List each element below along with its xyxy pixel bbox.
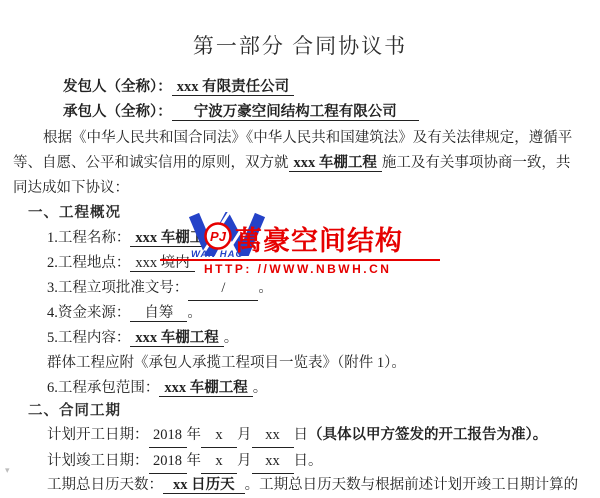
- planned-finish-date-line: 计划竣工日期：2018年x月xx日。: [47, 450, 323, 473]
- start-year-unit: 年: [187, 427, 202, 443]
- preamble-line-2-tail: 施工及有关事项协商一致，共: [382, 155, 571, 171]
- item-3-label: 3.工程立项批准文号：: [47, 280, 188, 296]
- start-date-label: 计划开工日期：: [47, 427, 149, 443]
- item-4-label: 4.资金来源：: [47, 305, 130, 321]
- finish-day-value: xx: [252, 450, 294, 474]
- finish-year-unit: 年: [187, 453, 202, 469]
- finish-day-unit: 日。: [294, 453, 323, 469]
- item-6-value: xxx 车棚工程: [159, 380, 252, 397]
- item-5-suffix: 。: [224, 330, 239, 346]
- item-5-value: xxx 车棚工程: [130, 330, 223, 347]
- section-1-note: 群体工程应附《承包人承揽工程项目一览表》（附件 1）。: [47, 352, 406, 375]
- section-1-heading: 一、工程概况: [28, 202, 121, 225]
- preamble-line-1: 根据《中华人民共和国合同法》《中华人民共和国建筑法》及有关法律规定，遵循平: [43, 127, 572, 150]
- item-2-value: xxx 境内: [130, 255, 194, 272]
- document-title: 第一部分 合同协议书: [0, 30, 600, 60]
- margin-marker: ▾: [5, 465, 10, 476]
- finish-month-value: x: [201, 450, 237, 474]
- contract-document-page: 第一部分 合同协议书 发包人（全称）：xxx 有限责任公司 承包人（全称）：宁波…: [0, 0, 600, 498]
- item-4-value: 自筹: [130, 305, 187, 322]
- logo-website-url: HTTP: //WWW.NBWH.CN: [204, 262, 391, 276]
- planned-start-date-line: 计划开工日期：2018年x月xx日（具体以甲方签发的开工报告为准）。: [47, 424, 547, 447]
- item-approval-number: 3.工程立项批准文号：/。: [47, 277, 273, 300]
- section-2-heading: 二、合同工期: [28, 400, 121, 423]
- project-name-inline-value: xxx 车棚工程: [289, 155, 382, 172]
- party-a-value: xxx 有限责任公司: [172, 79, 294, 96]
- preamble-line-2-text: 等、自愿、公平和诚实信用的原则，双方就: [13, 155, 289, 171]
- duration-line: 工期总日历天数：xx 日历天。工期总日历天数与根据前述计划开竣工日期计算的: [47, 474, 578, 497]
- logo-divider-line: [160, 259, 440, 261]
- finish-month-unit: 月: [237, 453, 252, 469]
- item-4-suffix: 。: [187, 305, 202, 321]
- item-1-label: 1.工程名称：: [47, 230, 130, 246]
- duration-value: xx 日历天: [163, 477, 245, 494]
- finish-year-value: 2018: [149, 450, 187, 474]
- start-date-note: （具体以甲方签发的开工报告为准）。: [308, 427, 547, 443]
- item-5-label: 5.工程内容：: [47, 330, 130, 346]
- item-project-content: 5.工程内容：xxx 车棚工程。: [47, 327, 238, 350]
- logo-name-chinese: 萬豪空间结构: [235, 226, 403, 256]
- item-3-blank: /: [188, 277, 258, 301]
- party-a-line: 发包人（全称）：xxx 有限责任公司: [63, 76, 294, 99]
- item-project-location: 2.工程地点：xxx 境内: [47, 252, 195, 275]
- start-year-value: 2018: [149, 424, 187, 448]
- item-6-label: 6.工程承包范围：: [47, 380, 159, 396]
- item-funding-source: 4.资金来源：自筹。: [47, 302, 202, 325]
- party-b-line: 承包人（全称）：宁波万豪空间结构工程有限公司: [63, 101, 419, 124]
- duration-label: 工期总日历天数：: [47, 477, 163, 493]
- start-month-unit: 月: [237, 427, 252, 443]
- item-6-suffix: 。: [253, 380, 268, 396]
- preamble-line-3: 同达成如下协议：: [13, 177, 129, 200]
- duration-rest-text: 。工期总日历天数与根据前述计划开竣工日期计算的: [245, 477, 579, 493]
- item-contract-scope: 6.工程承包范围：xxx 车棚工程。: [47, 377, 267, 400]
- item-2-label: 2.工程地点：: [47, 255, 130, 271]
- item-3-suffix: 。: [258, 280, 273, 296]
- party-b-label: 承包人（全称）：: [63, 104, 172, 120]
- start-month-value: x: [201, 424, 237, 448]
- start-day-value: xx: [252, 424, 294, 448]
- finish-date-label: 计划竣工日期：: [47, 453, 149, 469]
- preamble-line-2: 等、自愿、公平和诚实信用的原则，双方就xxx 车棚工程施工及有关事项协商一致，共: [13, 152, 570, 175]
- logo-badge-letters: PJ: [210, 229, 227, 244]
- start-day-unit: 日: [294, 427, 309, 443]
- party-a-label: 发包人（全称）：: [63, 79, 172, 95]
- party-b-value: 宁波万豪空间结构工程有限公司: [172, 104, 419, 121]
